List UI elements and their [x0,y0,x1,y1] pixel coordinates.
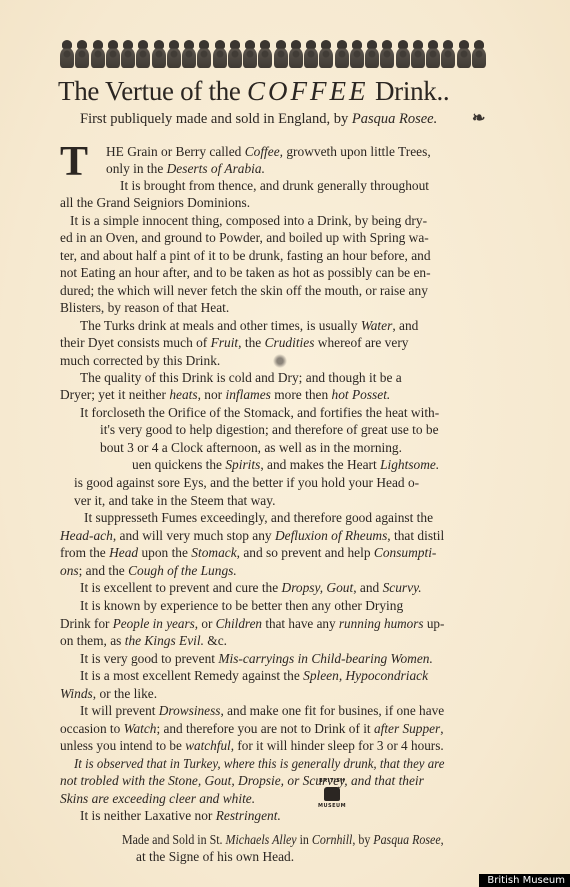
printer-mark-icon: ❧ [472,108,485,127]
text-line: only in the Deserts of Arabia. [106,161,265,177]
text-line: Dryer; yet it neither heats, nor inflame… [60,387,390,403]
text-line: not trobled with the Stone, Gout, Dropsi… [60,773,424,789]
text-line: unless you intend to be watchful, for it… [60,738,444,754]
text-line: from the Head upon the Stomack, and so p… [60,545,436,561]
text-line: Blisters, by reason of that Heat. [60,300,229,316]
text-line: uen quickens the Spirits, and makes the … [132,457,439,473]
stamp-top-text: BRITISH [318,778,346,784]
image-credit: British Museum [479,874,570,887]
document-page: The Vertue of the COFFEE Drink.. First p… [0,0,570,887]
ornament-piece [472,40,486,68]
ornament-piece [289,40,303,68]
text-line: It will prevent Drowsiness, and make one… [80,703,444,719]
ornament-piece [243,40,257,68]
ornament-piece [182,40,196,68]
ornament-piece [228,40,242,68]
ornament-piece [167,40,181,68]
text-line: it's very good to help digestion; and th… [100,422,439,438]
text-line: It is very good to prevent Mis-carryings… [80,651,433,667]
subtitle-text: First publiquely made and sold in Englan… [80,111,352,127]
ornament-piece [60,40,74,68]
subtitle-author: Pasqua Rosee. [352,111,437,127]
text-line: not Eating an hour after, and to be take… [60,265,431,281]
ornament-piece [106,40,120,68]
text-line: all the Grand Seigniors Dominions. [60,195,250,211]
text-line: It is known by experience to be better t… [80,598,403,614]
document-subtitle: First publiquely made and sold in Englan… [80,111,437,128]
text-line: The quality of this Drink is cold and Dr… [80,370,402,386]
text-line: It is neither Laxative nor Restringent. [80,808,281,824]
title-suffix: Drink.. [369,76,450,106]
text-line: occasion to Watch; and therefore you are… [60,721,444,737]
ornament-piece [75,40,89,68]
ornament-piece [121,40,135,68]
text-line: dured; the which will never fetch the sk… [60,283,428,299]
ornament-piece [411,40,425,68]
ornament-piece [441,40,455,68]
ornament-piece [258,40,272,68]
ornament-piece [319,40,333,68]
text-line: bout 3 or 4 a Clock afternoon, as well a… [100,440,402,456]
text-line: their Dyet consists much of Fruit, the C… [60,335,408,351]
text-line: Made and Sold in St. Michaels Alley in C… [122,832,444,848]
ornament-piece [152,40,166,68]
ink-smudge [272,352,288,370]
text-line: It is observed that in Turkey, where thi… [74,756,444,772]
ornament-piece [136,40,150,68]
ornament-piece [274,40,288,68]
ornament-piece [350,40,364,68]
text-line: Skins are exceeding cleer and white. [60,791,255,807]
ornament-piece [426,40,440,68]
ornament-piece [197,40,211,68]
text-line: Head-ach, and will very much stop any De… [60,528,444,544]
text-line: is good against sore Eys, and the better… [74,475,419,491]
stamp-bottom-text: MUSEUM [318,803,346,809]
text-line: much corrected by this Drink. [60,353,220,369]
ornament-piece [91,40,105,68]
text-line: It suppresseth Fumes exceedingly, and th… [84,510,433,526]
british-museum-stamp: BRITISH MUSEUM [318,778,346,812]
text-line: ver it, and take in the Steem that way. [74,493,275,509]
ornament-piece [335,40,349,68]
title-prefix: The Vertue of the [58,76,247,106]
ornament-border-band [60,38,486,68]
text-line: Drink for People in years, or Children t… [60,616,444,632]
text-line: at the Signe of his own Head. [136,849,294,865]
text-line: HE Grain or Berry called Coffee, growvet… [106,144,431,160]
text-line: ed in an Oven, and ground to Powder, and… [60,230,429,246]
text-line: It forcloseth the Orifice of the Stomack… [80,405,439,421]
ornament-piece [396,40,410,68]
drop-cap-letter: T [60,142,88,182]
text-line: The Turks drink at meals and other times… [80,318,418,334]
ornament-piece [457,40,471,68]
text-line: It is a simple innocent thing, composed … [70,213,427,229]
text-line: on them, as the Kings Evil. &c. [60,633,227,649]
title-coffee: COFFEE [247,76,368,106]
text-line: Winds, or the like. [60,686,157,702]
ornament-piece [213,40,227,68]
ornament-piece [380,40,394,68]
ornament-piece [365,40,379,68]
ornament-piece [304,40,318,68]
text-line: It is a most excellent Remedy against th… [80,668,428,684]
document-title: The Vertue of the COFFEE Drink.. [58,76,518,106]
text-line: It is brought from thence, and drunk gen… [120,178,429,194]
text-line: It is excellent to prevent and cure the … [80,580,422,596]
text-line: ons; and the Cough of the Lungs. [60,563,237,579]
crown-icon [324,787,340,801]
text-line: ter, and about half a pint of it to be d… [60,248,431,264]
